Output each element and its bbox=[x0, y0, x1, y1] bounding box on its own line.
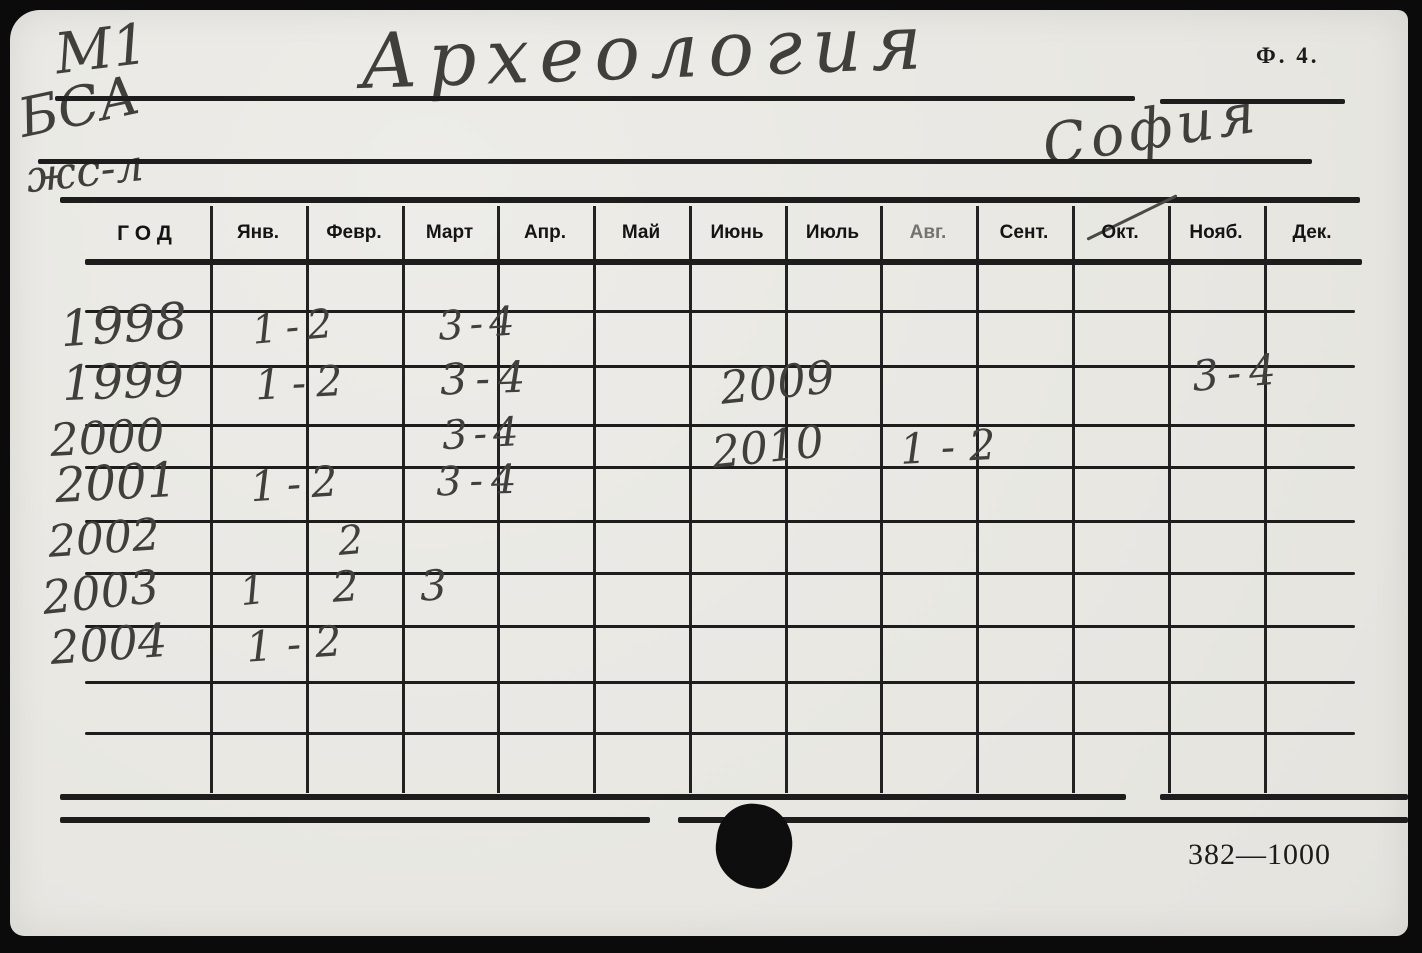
bottom-rule-top bbox=[1160, 794, 1408, 800]
issue-entry-1999-jun-jul: 2009 bbox=[718, 354, 837, 411]
year-label: 2003 bbox=[40, 563, 161, 621]
bottom-rule-bottom bbox=[60, 817, 650, 823]
issue-entry-2003-mar: 3 bbox=[419, 565, 447, 608]
month-header-aug: Авг. bbox=[880, 222, 976, 244]
issue-entry-2001-jan-feb: 1-2 bbox=[249, 460, 349, 509]
scanned-catalog-card: М1 БСА жс-л Археология София Ф. 4. ГОД Я… bbox=[0, 0, 1422, 953]
row-line bbox=[85, 681, 1355, 684]
form-number-label: Ф. 4. bbox=[1256, 43, 1320, 69]
issue-entry-1999-mar-apr: 3-4 bbox=[439, 356, 534, 402]
bottom-rule-bottom bbox=[678, 817, 1408, 823]
month-header-sep: Сент. bbox=[976, 222, 1072, 244]
grid-vline bbox=[210, 206, 213, 793]
grid-vline bbox=[1072, 206, 1075, 793]
month-header-dec: Дек. bbox=[1264, 222, 1360, 244]
grid-vline bbox=[1264, 206, 1267, 793]
issue-entry-2003-feb: 2 bbox=[331, 565, 361, 609]
issue-entry-2000-mar-apr: 3-4 bbox=[441, 412, 525, 456]
month-header-mar: Март bbox=[402, 222, 497, 244]
year-label: 1998 bbox=[58, 296, 188, 355]
year-label: 2002 bbox=[47, 513, 162, 565]
grid-vline bbox=[976, 206, 979, 793]
issue-entry-1999-nov-dec: 3-4 bbox=[1190, 348, 1285, 398]
grid-vline bbox=[689, 206, 692, 793]
rule-line-2 bbox=[38, 159, 1312, 164]
issue-entry-1998-jan-feb: 1-2 bbox=[250, 303, 342, 351]
month-header-apr: Апр. bbox=[497, 222, 593, 244]
issue-entry-2001-mar-apr: 3-4 bbox=[435, 459, 525, 502]
bottom-rule-top bbox=[60, 794, 1126, 800]
year-label: 2001 bbox=[54, 456, 179, 510]
row-line bbox=[85, 572, 1355, 575]
grid-vline bbox=[593, 206, 596, 793]
issue-entry-1998-mar-apr: 3-4 bbox=[437, 301, 522, 347]
row-line bbox=[85, 520, 1355, 523]
handwritten-journal-title: Археология bbox=[359, 4, 933, 100]
month-header-feb: Февр. bbox=[306, 222, 402, 244]
issue-entry-2000-jun-jul: 2010 bbox=[710, 420, 826, 475]
issue-entry-2000-aug-sep: 1-2 bbox=[899, 423, 1011, 471]
grid-vline bbox=[1168, 206, 1171, 793]
year-label: 2004 bbox=[49, 617, 169, 671]
issue-entry-2004-jan-feb: 1-2 bbox=[245, 619, 357, 669]
rule-line-1b bbox=[1160, 99, 1345, 104]
print-run-code: 382—1000 bbox=[1188, 838, 1331, 872]
month-header-jul: Июль bbox=[785, 222, 880, 244]
issue-entry-2003-jan: 1 bbox=[238, 570, 267, 612]
grid-vline bbox=[880, 206, 883, 793]
month-header-may: Май bbox=[593, 222, 689, 244]
row-line bbox=[85, 732, 1355, 735]
handwritten-shelf-mark-3: жс-л bbox=[24, 144, 146, 200]
issue-entry-1999-jan-feb: 1-2 bbox=[254, 359, 354, 406]
rule-line-1 bbox=[55, 96, 1135, 101]
month-header-jun: Июнь bbox=[689, 222, 785, 244]
header-underline bbox=[85, 259, 1362, 265]
issue-entry-2002-feb: 2 bbox=[336, 520, 365, 562]
grid-vline bbox=[785, 206, 788, 793]
month-header-jan: Янв. bbox=[210, 222, 306, 244]
year-label: 1999 bbox=[61, 356, 185, 408]
grid-vline bbox=[402, 206, 405, 793]
month-header-oct: Окт. bbox=[1072, 222, 1168, 244]
year-column-header: ГОД bbox=[85, 222, 210, 246]
month-header-nov: Нояб. bbox=[1168, 222, 1264, 244]
